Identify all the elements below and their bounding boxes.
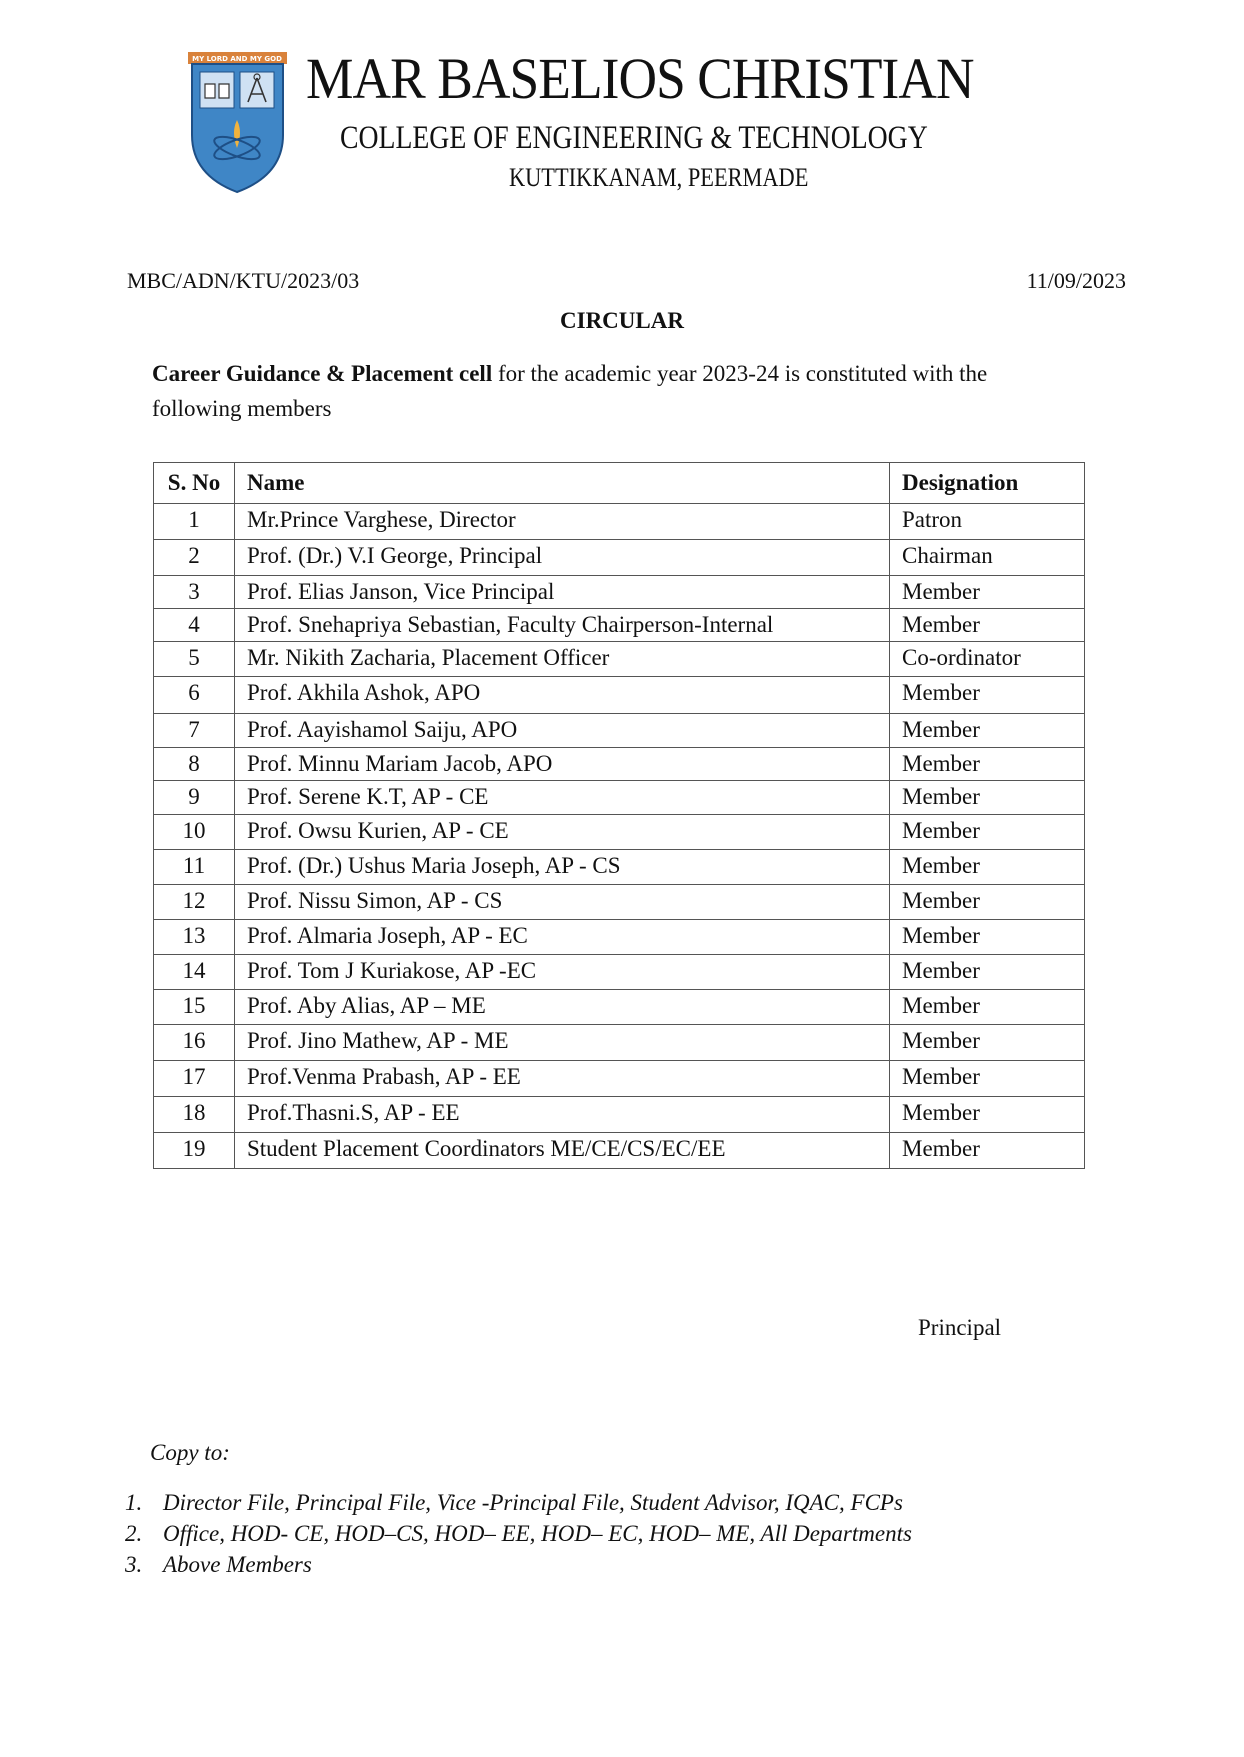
cell-designation: Patron <box>890 504 1085 540</box>
cell-name: Mr.Prince Varghese, Director <box>235 504 890 540</box>
copy-to-item: 1.Director File, Principal File, Vice -P… <box>125 1487 912 1518</box>
cell-sno: 8 <box>154 748 235 781</box>
cell-designation: Member <box>890 1025 1085 1061</box>
copy-to-label: Copy to: <box>150 1440 230 1466</box>
cell-designation: Co-ordinator <box>890 642 1085 677</box>
table-row: 1Mr.Prince Varghese, DirectorPatron <box>154 504 1085 540</box>
cell-sno: 12 <box>154 885 235 920</box>
header-sno: S. No <box>154 463 235 504</box>
copy-to-text: Office, HOD- CE, HOD–CS, HOD– EE, HOD– E… <box>163 1521 912 1546</box>
cell-designation: Member <box>890 990 1085 1025</box>
cell-sno: 4 <box>154 609 235 642</box>
intro-bold: Career Guidance & Placement cell <box>152 361 492 386</box>
cell-sno: 2 <box>154 540 235 576</box>
cell-sno: 1 <box>154 504 235 540</box>
copy-to-number: 3. <box>125 1549 163 1580</box>
cell-designation: Member <box>890 955 1085 990</box>
cell-name: Prof. (Dr.) V.I George, Principal <box>235 540 890 576</box>
cell-designation: Member <box>890 677 1085 714</box>
table-row: 16Prof. Jino Mathew, AP - MEMember <box>154 1025 1085 1061</box>
cell-name: Prof. Akhila Ashok, APO <box>235 677 890 714</box>
copy-to-list: 1.Director File, Principal File, Vice -P… <box>125 1487 912 1580</box>
cell-designation: Member <box>890 1133 1085 1169</box>
cell-name: Prof. Almaria Joseph, AP - EC <box>235 920 890 955</box>
signatory: Principal <box>918 1315 1001 1341</box>
table-row: 2Prof. (Dr.) V.I George, PrincipalChairm… <box>154 540 1085 576</box>
intro-paragraph: Career Guidance & Placement cell for the… <box>152 356 1082 426</box>
page-title: CIRCULAR <box>0 308 1244 334</box>
table-row: 15Prof. Aby Alias, AP – MEMember <box>154 990 1085 1025</box>
cell-name: Prof. Snehapriya Sebastian, Faculty Chai… <box>235 609 890 642</box>
cell-sno: 14 <box>154 955 235 990</box>
table-row: 17Prof.Venma Prabash, AP - EEMember <box>154 1061 1085 1097</box>
cell-sno: 7 <box>154 714 235 748</box>
cell-designation: Member <box>890 609 1085 642</box>
cell-name: Prof. Owsu Kurien, AP - CE <box>235 815 890 850</box>
cell-name: Student Placement Coordinators ME/CE/CS/… <box>235 1133 890 1169</box>
table-row: 10Prof. Owsu Kurien, AP - CEMember <box>154 815 1085 850</box>
members-table: S. No Name Designation 1Mr.Prince Varghe… <box>153 462 1085 1169</box>
cell-designation: Member <box>890 850 1085 885</box>
cell-sno: 3 <box>154 576 235 609</box>
cell-designation: Member <box>890 1097 1085 1133</box>
cell-sno: 5 <box>154 642 235 677</box>
cell-sno: 9 <box>154 781 235 815</box>
institution-subtitle: COLLEGE OF ENGINEERING & TECHNOLOGY <box>340 122 928 155</box>
table-row: 4Prof. Snehapriya Sebastian, Faculty Cha… <box>154 609 1085 642</box>
cell-designation: Member <box>890 714 1085 748</box>
cell-designation: Member <box>890 576 1085 609</box>
copy-to-item: 2.Office, HOD- CE, HOD–CS, HOD– EE, HOD–… <box>125 1518 912 1549</box>
cell-sno: 18 <box>154 1097 235 1133</box>
cell-sno: 19 <box>154 1133 235 1169</box>
table-row: 19Student Placement Coordinators ME/CE/C… <box>154 1133 1085 1169</box>
table-row: 8Prof. Minnu Mariam Jacob, APOMember <box>154 748 1085 781</box>
cell-sno: 17 <box>154 1061 235 1097</box>
circular-date: 11/09/2023 <box>1027 268 1126 294</box>
svg-text:MY LORD AND MY GOD: MY LORD AND MY GOD <box>192 55 282 63</box>
cell-name: Prof. Jino Mathew, AP - ME <box>235 1025 890 1061</box>
cell-designation: Member <box>890 781 1085 815</box>
institution-location: KUTTIKKANAM, PEERMADE <box>509 165 808 191</box>
copy-to-number: 1. <box>125 1487 163 1518</box>
table-row: 13Prof. Almaria Joseph, AP - ECMember <box>154 920 1085 955</box>
table-row: 7Prof. Aayishamol Saiju, APOMember <box>154 714 1085 748</box>
cell-name: Prof. Tom J Kuriakose, AP -EC <box>235 955 890 990</box>
copy-to-text: Director File, Principal File, Vice -Pri… <box>163 1490 903 1515</box>
cell-name: Prof. Minnu Mariam Jacob, APO <box>235 748 890 781</box>
reference-number: MBC/ADN/KTU/2023/03 <box>127 268 359 294</box>
cell-sno: 15 <box>154 990 235 1025</box>
cell-sno: 13 <box>154 920 235 955</box>
table-row: 5Mr. Nikith Zacharia, Placement OfficerC… <box>154 642 1085 677</box>
cell-name: Prof. Nissu Simon, AP - CS <box>235 885 890 920</box>
institution-name: MAR BASELIOS CHRISTIAN <box>306 50 974 108</box>
table-row: 6Prof. Akhila Ashok, APOMember <box>154 677 1085 714</box>
table-row: 3Prof. Elias Janson, Vice PrincipalMembe… <box>154 576 1085 609</box>
table-row: 9Prof. Serene K.T, AP - CEMember <box>154 781 1085 815</box>
cell-name: Mr. Nikith Zacharia, Placement Officer <box>235 642 890 677</box>
cell-designation: Member <box>890 1061 1085 1097</box>
cell-name: Prof. Serene K.T, AP - CE <box>235 781 890 815</box>
table-row: 11Prof. (Dr.) Ushus Maria Joseph, AP - C… <box>154 850 1085 885</box>
table-row: 12Prof. Nissu Simon, AP - CSMember <box>154 885 1085 920</box>
cell-designation: Member <box>890 885 1085 920</box>
copy-to-text: Above Members <box>163 1552 312 1577</box>
header-designation: Designation <box>890 463 1085 504</box>
table-row: 18Prof.Thasni.S, AP - EEMember <box>154 1097 1085 1133</box>
cell-designation: Member <box>890 815 1085 850</box>
cell-name: Prof.Thasni.S, AP - EE <box>235 1097 890 1133</box>
cell-name: Prof. Elias Janson, Vice Principal <box>235 576 890 609</box>
cell-sno: 6 <box>154 677 235 714</box>
copy-to-item: 3.Above Members <box>125 1549 912 1580</box>
cell-designation: Member <box>890 920 1085 955</box>
cell-name: Prof. (Dr.) Ushus Maria Joseph, AP - CS <box>235 850 890 885</box>
cell-designation: Member <box>890 748 1085 781</box>
cell-name: Prof.Venma Prabash, AP - EE <box>235 1061 890 1097</box>
cell-sno: 11 <box>154 850 235 885</box>
cell-sno: 16 <box>154 1025 235 1061</box>
header-name: Name <box>235 463 890 504</box>
cell-name: Prof. Aayishamol Saiju, APO <box>235 714 890 748</box>
college-crest-icon: MY LORD AND MY GOD <box>180 50 295 195</box>
cell-name: Prof. Aby Alias, AP – ME <box>235 990 890 1025</box>
cell-designation: Chairman <box>890 540 1085 576</box>
table-row: 14Prof. Tom J Kuriakose, AP -ECMember <box>154 955 1085 990</box>
table-header-row: S. No Name Designation <box>154 463 1085 504</box>
cell-sno: 10 <box>154 815 235 850</box>
copy-to-number: 2. <box>125 1518 163 1549</box>
